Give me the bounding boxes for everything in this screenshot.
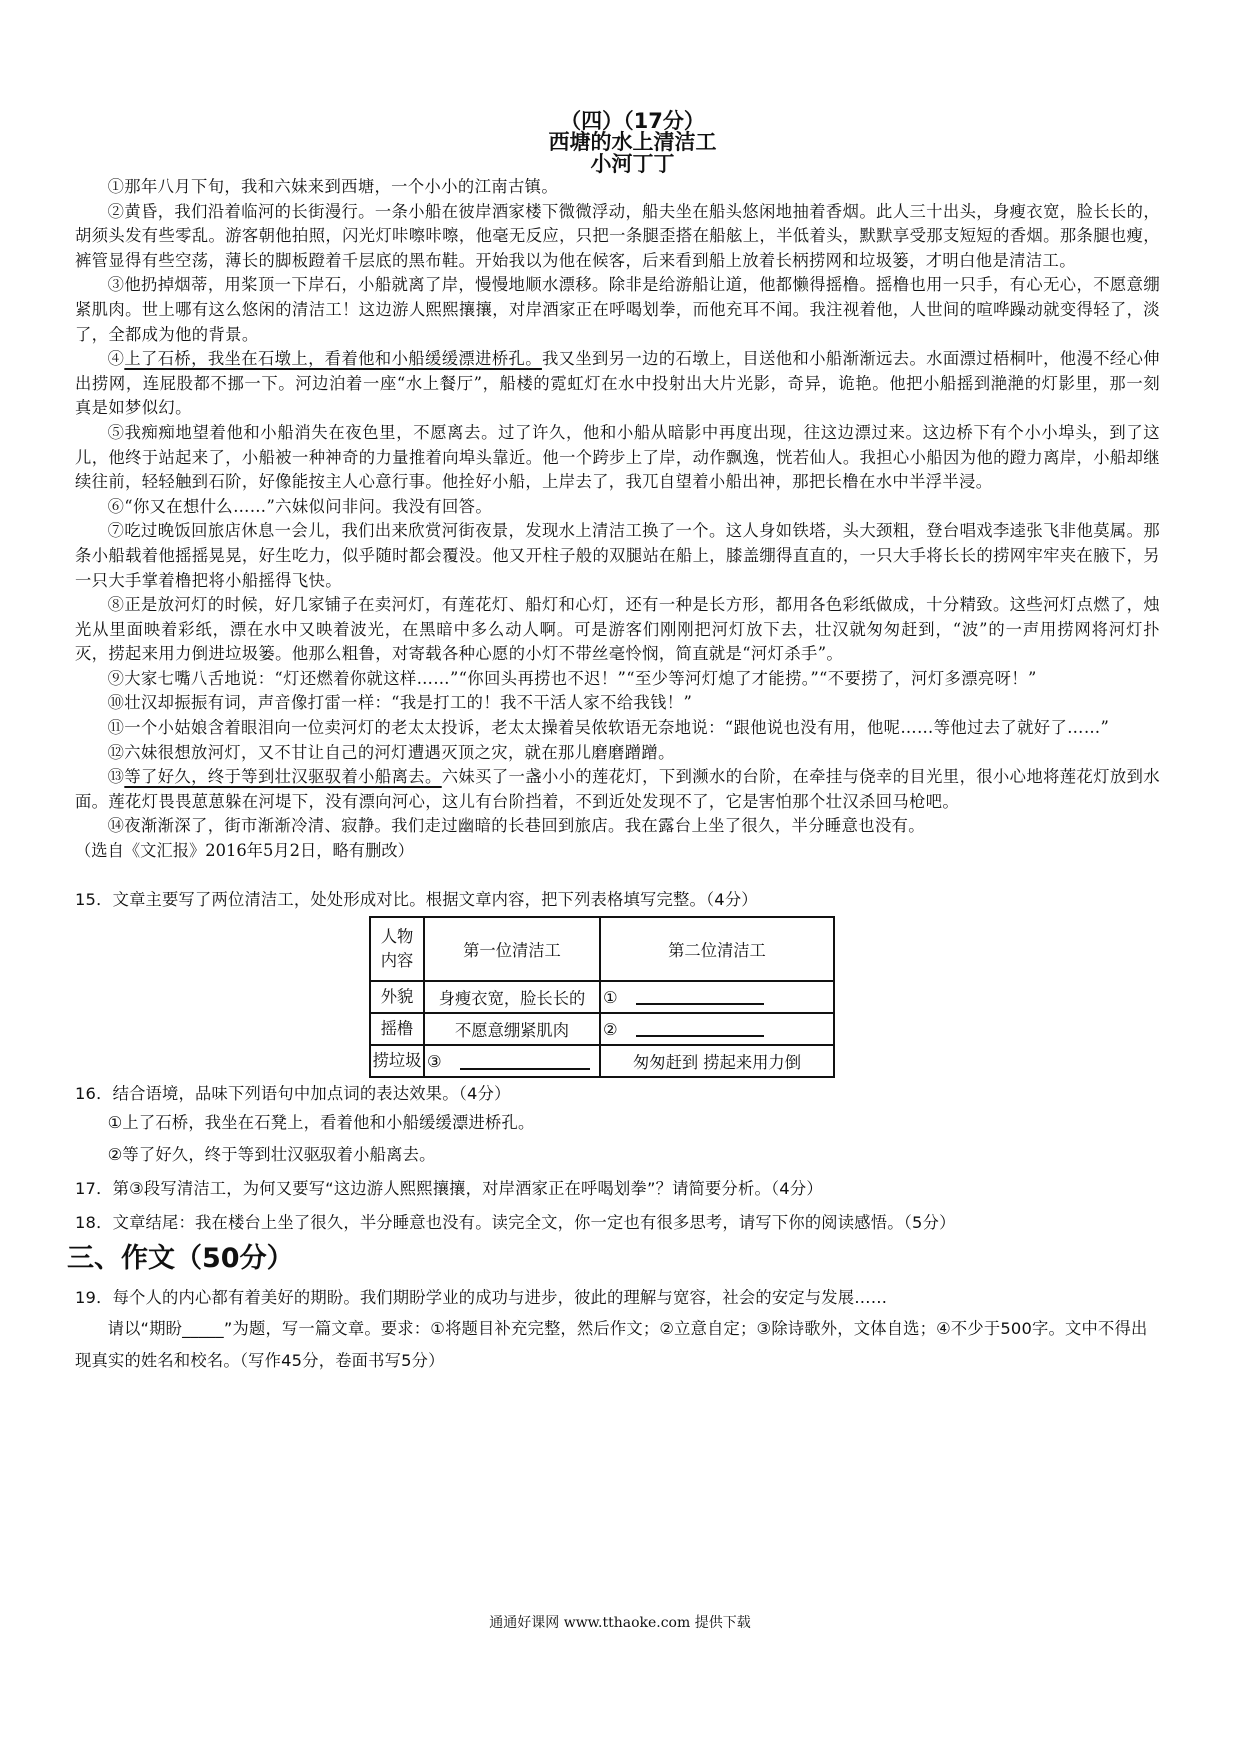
paragraph-number: ⑨: [108, 669, 125, 688]
underlined-sentence: 上了石桥，我坐在石墩上，看着他和小船缓缓漂进桥孔。: [124, 349, 542, 368]
table-header-row: 人物 内容 第一位清洁工 第二位清洁工: [370, 917, 834, 981]
article-paragraph: ⑩壮汉却振振有词，声音像打雷一样：“我是打工的！我不干活人家不给我钱！”: [75, 691, 1160, 716]
paragraph-number: ⑧: [108, 595, 125, 614]
answer-blank-2[interactable]: ②: [600, 1013, 834, 1045]
blank-line: [636, 1023, 764, 1037]
article-paragraph: ③他扔掉烟蒂，用桨顶一下岸石，小船就离了岸，慢慢地顺水漂移。除非是给游船让道，他…: [75, 273, 1160, 347]
article-paragraph: ⑭夜渐渐深了，街市渐渐冷清、寂静。我们走过幽暗的长巷回到旅店。我在露台上坐了很久…: [75, 814, 1160, 839]
blank-line: [460, 1054, 590, 1070]
paragraph-text: 吃过晚饭回旅店休息一会儿，我们出来欣赏河街夜景，发现水上清洁工换了一个。这人身如…: [75, 521, 1160, 589]
paragraph-number: ①: [108, 177, 125, 196]
article-paragraph: ⑥“你又在想什么……”六妹似问非问。我没有回答。: [75, 495, 1160, 520]
answer-blank-1[interactable]: ①: [600, 981, 834, 1013]
comparison-table: 人物 内容 第一位清洁工 第二位清洁工 外貌 身瘦衣宽，脸长长的 ① 摇橹 不愿…: [369, 916, 835, 1078]
paragraph-number: ⑭: [108, 816, 125, 835]
table-corner-cell: 人物 内容: [370, 917, 424, 981]
paragraph-number: ⑥: [108, 497, 125, 516]
article-body: ①那年八月下旬，我和六妹来到西塘，一个小小的江南古镇。②黄昏，我们沿着临河的长街…: [75, 175, 1160, 839]
paragraph-number: ③: [108, 275, 125, 294]
section-heading: （四）（17分）: [105, 110, 1160, 132]
question-16-item-1: ①上了石桥，我坐在石凳上，看着他和小船缓缓漂进桥孔。: [75, 1107, 1160, 1139]
paragraph-number: ⑩: [108, 693, 125, 712]
paragraph-number: ④: [108, 349, 125, 368]
dotted-word: 漂: [452, 1113, 468, 1132]
paragraph-text: 正是放河灯的时候，好几家铺子在卖河灯，有莲花灯、船灯和心灯，还有一种是长方形，都…: [75, 595, 1160, 663]
paragraph-text: 壮汉却振振有词，声音像打雷一样：“我是打工的！我不干活人家不给我钱！”: [124, 693, 692, 712]
paragraph-number: ⑫: [108, 743, 125, 762]
paragraph-text: 大家七嘴八舌地说：“灯还燃着你就这样……”“你回头再捞也不迟！”“至少等河灯熄了…: [124, 669, 1036, 688]
question-19-intro: 19．每个人的内心都有着美好的期盼。我们期盼学业的成功与进步，彼此的理解与宽容，…: [75, 1283, 1160, 1313]
row-label: 摇橹: [370, 1013, 424, 1045]
paragraph-text: 我痴痴地望着他和小船消失在夜色里，不愿离去。过了许久，他和小船从暗影中再度出现，…: [75, 423, 1160, 491]
table-row: 摇橹 不愿意绷紧肌肉 ②: [370, 1013, 834, 1045]
question-19-prompt: 请以“期盼_____”为题，写一篇文章。要求：①将题目补充完整，然后作文；②立意…: [75, 1313, 1160, 1377]
article-paragraph: ⑧正是放河灯的时候，好几家铺子在卖河灯，有莲花灯、船灯和心灯，还有一种是长方形，…: [75, 593, 1160, 667]
row-label: 外貌: [370, 981, 424, 1013]
article-source: （选自《文汇报》2016年5月2日，略有删改）: [75, 839, 1160, 864]
row-label: 捞垃圾: [370, 1045, 424, 1077]
article-paragraph: ⑨大家七嘴八舌地说：“灯还燃着你就这样……”“你回头再捞也不迟！”“至少等河灯熄…: [75, 667, 1160, 692]
answer-blank-3[interactable]: ③: [424, 1045, 600, 1077]
page-footer: 通通好课网 www.tthaoke.com 提供下载: [0, 1612, 1240, 1632]
question-16-item-2: ②等了好久，终于等到壮汉驱驭着小船离去。: [75, 1139, 1160, 1171]
article-paragraph: ⑪一个小姑娘含着眼泪向一位卖河灯的老太太投诉，老太太操着吴侬软语无奈地说：“跟他…: [75, 716, 1160, 741]
table-row: 外貌 身瘦衣宽，脸长长的 ①: [370, 981, 834, 1013]
article-paragraph: ⑫六妹很想放河灯，又不甘让自己的河灯遭遇灭顶之灾，就在那儿磨磨蹭蹭。: [75, 741, 1160, 766]
header-first-cleaner: 第一位清洁工: [424, 917, 600, 981]
dotted-word: 驱驭: [304, 1145, 337, 1164]
paragraph-text: 他扔掉烟蒂，用桨顶一下岸石，小船就离了岸，慢慢地顺水漂移。除非是给游船让道，他都…: [75, 275, 1160, 343]
article-paragraph: ⑤我痴痴地望着他和小船消失在夜色里，不愿离去。过了许久，他和小船从暗影中再度出现…: [75, 421, 1160, 495]
article-author: 小河丁丁: [105, 153, 1160, 175]
header-second-cleaner: 第二位清洁工: [600, 917, 834, 981]
paragraph-text: 夜渐渐深了，街市渐渐冷清、寂静。我们走过幽暗的长巷回到旅店。我在露台上坐了很久，…: [124, 816, 925, 835]
essay-heading: 三、作文（50分）: [67, 1241, 1160, 1277]
question-18: 18．文章结尾：我在楼台上坐了很久，半分睡意也没有。读完全文，你一定也有很多思考…: [75, 1207, 1160, 1239]
article-paragraph: ⑬等了好久，终于等到壮汉驱驭着小船离去。六妹买了一盏小小的莲花灯，下到濒水的台阶…: [75, 765, 1160, 814]
paragraph-number: ⑦: [108, 521, 125, 540]
paragraph-number: ②: [108, 202, 125, 221]
paragraph-text: 那年八月下旬，我和六妹来到西塘，一个小小的江南古镇。: [124, 177, 558, 196]
exam-page: （四）（17分） 西塘的水上清洁工 小河丁丁 ①那年八月下旬，我和六妹来到西塘，…: [75, 110, 1160, 1377]
underlined-sentence: 等了好久，终于等到壮汉驱驭着小船离去。: [124, 767, 441, 786]
paragraph-text: 六妹很想放河灯，又不甘让自己的河灯遭遇灭顶之灾，就在那儿磨磨蹭蹭。: [124, 743, 675, 762]
cell-first: 身瘦衣宽，脸长长的: [424, 981, 600, 1013]
question-16: 16．结合语境，品味下列语句中加点词的表达效果。（4分）: [75, 1082, 1160, 1107]
paragraph-number: ⑬: [108, 767, 125, 786]
article-title: 西塘的水上清洁工: [105, 132, 1160, 153]
paragraph-text: 黄昏，我们沿着临河的长街漫行。一条小船在彼岸酒家楼下微微浮动，船夫坐在船头悠闲地…: [75, 202, 1160, 270]
article-paragraph: ①那年八月下旬，我和六妹来到西塘，一个小小的江南古镇。: [75, 175, 1160, 200]
table-row: 捞垃圾 ③ 匆匆赶到 捞起来用力倒: [370, 1045, 834, 1077]
blank-line: [636, 991, 764, 1005]
article-paragraph: ④上了石桥，我坐在石墩上，看着他和小船缓缓漂进桥孔。我又坐到另一边的石墩上，目送…: [75, 347, 1160, 421]
paragraph-number: ⑤: [108, 423, 125, 442]
question-15: 15．文章主要写了两位清洁工，处处形成对比。根据文章内容，把下列表格填写完整。（…: [75, 888, 1160, 913]
paragraph-number: ⑪: [108, 718, 125, 737]
question-17: 17．第③段写清洁工，为何又要写“这边游人熙熙攘攘，对岸酒家正在呼喝划拳”？请简…: [75, 1171, 1160, 1207]
cell-first: 不愿意绷紧肌肉: [424, 1013, 600, 1045]
paragraph-text: 一个小姑娘含着眼泪向一位卖河灯的老太太投诉，老太太操着吴侬软语无奈地说：“跟他说…: [124, 718, 1109, 737]
article-paragraph: ⑦吃过晚饭回旅店休息一会儿，我们出来欣赏河街夜景，发现水上清洁工换了一个。这人身…: [75, 519, 1160, 593]
cell-second: 匆匆赶到 捞起来用力倒: [600, 1045, 834, 1077]
article-paragraph: ②黄昏，我们沿着临河的长街漫行。一条小船在彼岸酒家楼下微微浮动，船夫坐在船头悠闲…: [75, 200, 1160, 274]
paragraph-text: “你又在想什么……”六妹似问非问。我没有回答。: [124, 497, 492, 516]
